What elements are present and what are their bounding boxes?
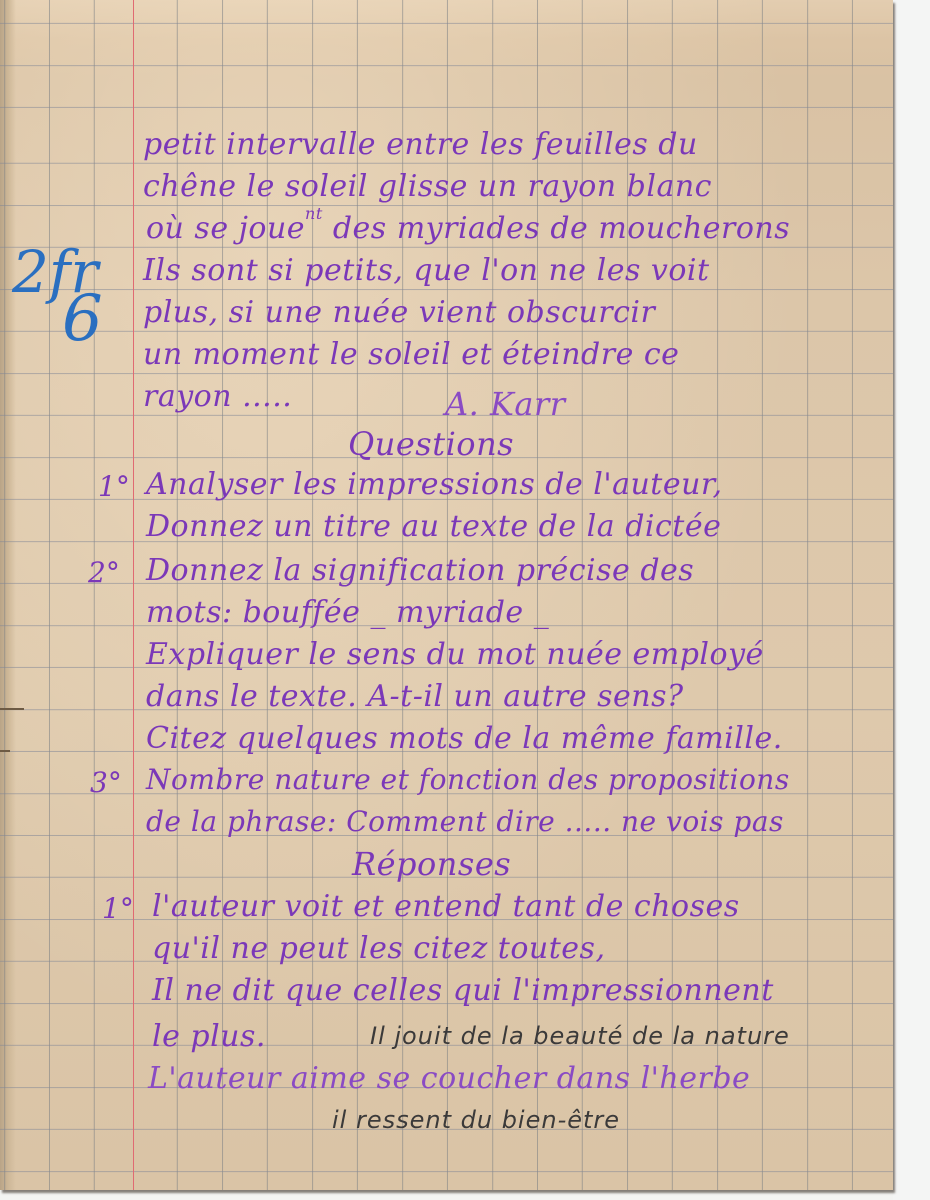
dictation-line: chêne le soleil glisse un rayon blanc — [143, 172, 712, 202]
question-line: de la phrase: Comment dire ..... ne vois… — [146, 808, 784, 836]
red-margin-line — [133, 0, 134, 1190]
binding-notch — [0, 708, 24, 710]
dictation-line: rayon ..... — [143, 382, 292, 412]
dictation-line: plus, si une nuée vient obscurcir — [143, 298, 655, 328]
question-line: dans le texte. A-t-il un autre sens? — [146, 682, 684, 712]
author-signature: A. Karr — [445, 388, 566, 420]
answer-line: l'auteur voit et entend tant de choses — [152, 892, 740, 922]
binding-notch — [0, 750, 10, 752]
question-line: Expliquer le sens du mot nuée employé — [146, 640, 764, 670]
question-number: 1° — [98, 470, 130, 503]
answer-line: Il ne dit que celles qui l'impressionnen… — [152, 976, 774, 1006]
question-line: Analyser les impressions de l'auteur, — [146, 470, 723, 500]
question-number: 2° — [88, 556, 120, 589]
pencil-correction: Il jouit de la beauté de la nature — [370, 1024, 790, 1048]
answer-line: le plus. — [152, 1022, 266, 1052]
question-line: Donnez un titre au texte de la dictée — [146, 512, 721, 542]
answers-heading: Réponses — [352, 848, 511, 880]
insertion-mark: nt — [305, 204, 323, 223]
margin-score: 6 — [62, 282, 103, 356]
dictation-line: un moment le soleil et éteindre ce — [143, 340, 679, 370]
answer-line: qu'il ne peut les citez toutes, — [152, 934, 606, 964]
question-number: 3° — [90, 766, 122, 799]
dictation-fragment: où se joue — [146, 211, 305, 246]
answer-number: 1° — [102, 892, 134, 925]
question-line: Nombre nature et fonction des propositio… — [146, 766, 790, 794]
dictation-fragment: des myriades de moucherons — [333, 211, 790, 246]
dictation-line: petit intervalle entre les feuilles du — [143, 130, 698, 160]
question-line: Donnez la signification précise des — [146, 556, 694, 586]
dictation-line: Ils sont si petits, que l'on ne les voit — [143, 256, 710, 286]
questions-heading: Questions — [348, 428, 514, 460]
scan-background — [893, 0, 930, 1200]
answer-line: L'auteur aime se coucher dans l'herbe — [148, 1064, 750, 1094]
pencil-correction: il ressent du bien-être — [332, 1108, 620, 1132]
dictation-line: où se jouent des myriades de moucherons — [146, 214, 790, 244]
notebook-page: 2fr 6 petit intervalle entre les feuille… — [0, 0, 893, 1190]
question-line: mots: bouffée _ myriade _ — [146, 598, 549, 628]
question-line: Citez quelques mots de la même famille. — [146, 724, 783, 754]
